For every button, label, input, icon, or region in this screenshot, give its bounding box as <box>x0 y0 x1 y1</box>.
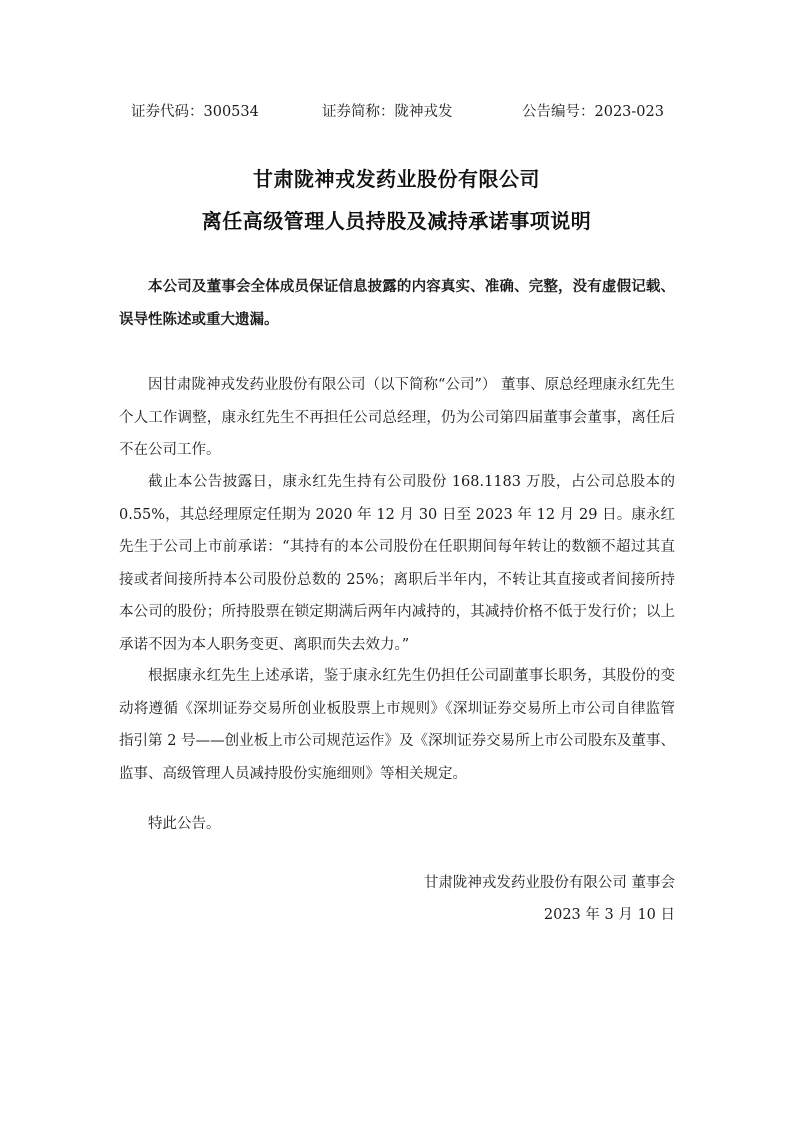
announcement-header: 证券代码：300534 证券简称：陇神戎发 公告编号：2023-023 <box>0 101 793 123</box>
company-title: 甘肃陇神戎发药业股份有限公司 <box>0 165 793 193</box>
paragraph-shareholding-commitment: 截止本公告披露日，康永红先生持有公司股份 168.1183 万股，占公司总股本的… <box>119 466 675 661</box>
disclaimer-statement: 本公司及董事会全体成员保证信息披露的内容真实、准确、完整，没有虚假记载、误导性陈… <box>119 271 675 337</box>
paragraph-regulations: 根据康永红先生上述承诺，鉴于康永红先生仍担任公司副董事长职务，其股份的变动将遵循… <box>119 660 675 790</box>
stock-short-name: 证券简称：陇神戎发 <box>322 101 453 123</box>
closing-statement: 特此公告。 <box>148 813 221 835</box>
announcement-number: 公告编号：2023-023 <box>522 101 664 123</box>
signature-issuer: 甘肃陇神戎发药业股份有限公司 董事会 <box>424 872 675 894</box>
stock-code: 证券代码：300534 <box>131 101 259 123</box>
document-title: 离任高级管理人员持股及减持承诺事项说明 <box>0 207 793 235</box>
signature-date: 2023 年 3 月 10 日 <box>544 904 675 926</box>
paragraph-resignation: 因甘肃陇神戎发药业股份有限公司（以下简称“公司”） 董事、原总经理康永红先生个人… <box>119 369 675 467</box>
